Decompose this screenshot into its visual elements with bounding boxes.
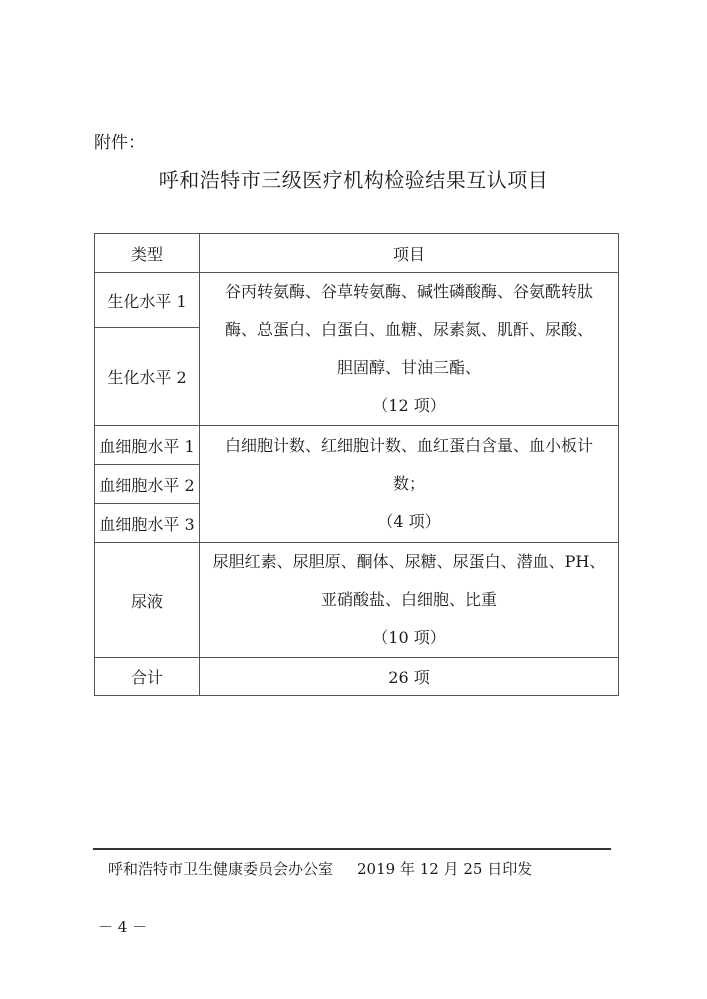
total-value: 26 项 [200,658,619,696]
items-line: 谷丙转氨酶、谷草转氨酶、碱性磷酸酶、谷氨酰转肽 [200,273,618,311]
items-count: （10 项） [200,619,618,657]
total-label: 合计 [95,658,200,696]
type-cell: 尿液 [95,543,200,658]
footer-divider [93,848,611,850]
items-line: 亚硝酸盐、白细胞、比重 [200,581,618,619]
table-row: 生化水平 1 谷丙转氨酶、谷草转氨酶、碱性磷酸酶、谷氨酰转肽 酶、总蛋白、白蛋白… [95,273,619,328]
type-cell: 血细胞水平 2 [95,465,200,504]
table-header-row: 类型 项目 [95,234,619,273]
items-count: （12 项） [200,387,618,425]
type-cell: 血细胞水平 1 [95,426,200,465]
items-line: 胆固醇、甘油三酯、 [200,349,618,387]
header-items: 项目 [200,234,619,273]
issue-date: 2019 年 12 月 25 日印发 [357,858,532,879]
document-title: 呼和浩特市三级医疗机构检验结果互认项目 [0,164,707,193]
items-line: 酶、总蛋白、白蛋白、血糖、尿素氮、肌酐、尿酸、 [200,311,618,349]
items-line: 尿胆红素、尿胆原、酮体、尿糖、尿蛋白、潜血、PH、 [200,543,618,581]
table-row: 尿液 尿胆红素、尿胆原、酮体、尿糖、尿蛋白、潜血、PH、 亚硝酸盐、白细胞、比重… [95,543,619,658]
items-cell-blood: 白细胞计数、红细胞计数、血红蛋白含量、血小板计 数； （4 项） [200,426,619,543]
type-cell: 血细胞水平 3 [95,504,200,543]
table-row: 血细胞水平 1 白细胞计数、红细胞计数、血红蛋白含量、血小板计 数； （4 项） [95,426,619,465]
page-number: － 4 － [98,916,147,937]
attachment-label: 附件： [94,128,145,153]
items-cell-biochem: 谷丙转氨酶、谷草转氨酶、碱性磷酸酶、谷氨酰转肽 酶、总蛋白、白蛋白、血糖、尿素氮… [200,273,619,426]
items-count: （4 项） [200,503,618,541]
items-line: 白细胞计数、红细胞计数、血红蛋白含量、血小板计 [200,427,618,465]
header-type: 类型 [95,234,200,273]
type-cell: 生化水平 1 [95,273,200,328]
total-row: 合计 26 项 [95,658,619,696]
type-cell: 生化水平 2 [95,328,200,426]
items-cell-urine: 尿胆红素、尿胆原、酮体、尿糖、尿蛋白、潜血、PH、 亚硝酸盐、白细胞、比重 （1… [200,543,619,658]
items-line: 数； [200,465,618,503]
mutual-recognition-table: 类型 项目 生化水平 1 谷丙转氨酶、谷草转氨酶、碱性磷酸酶、谷氨酰转肽 酶、总… [94,233,619,696]
issuer: 呼和浩特市卫生健康委员会办公室 [108,858,333,879]
